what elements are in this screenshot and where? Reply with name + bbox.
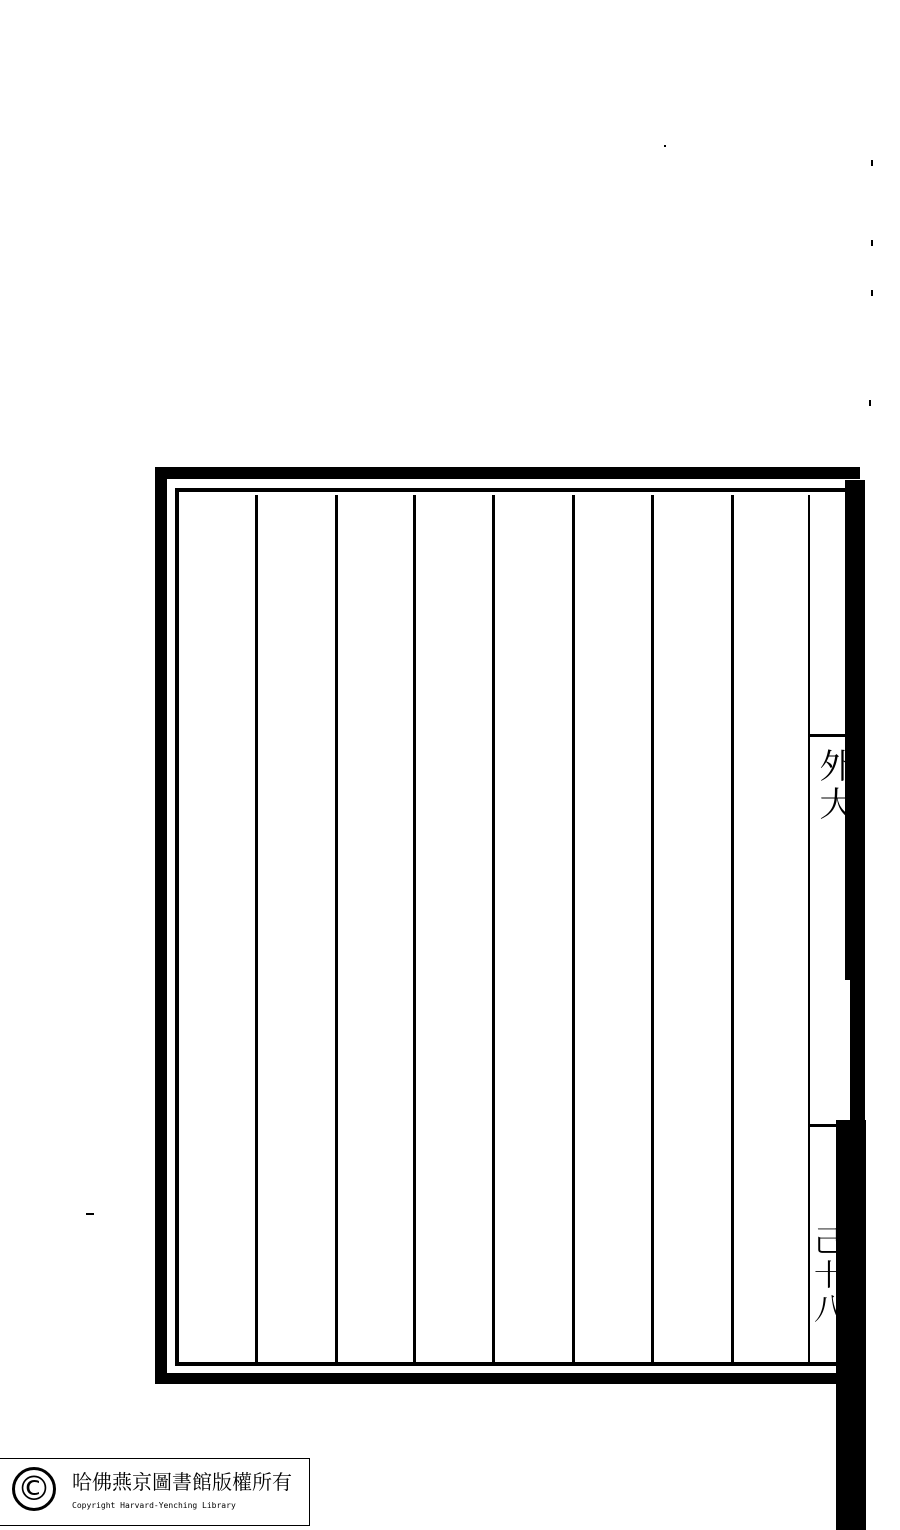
copyright-icon: © [12, 1467, 56, 1511]
column-rule [413, 495, 416, 1363]
copyright-english: Copyright Harvard-Yenching Library [72, 1501, 236, 1510]
column-rule [572, 495, 575, 1363]
frame-left-border [155, 467, 167, 1384]
scan-speck [869, 400, 871, 406]
center-divider-upper [810, 734, 848, 737]
scan-speck [871, 240, 873, 246]
copyright-chinese: 哈佛燕京圖書館版權所有 [72, 1466, 292, 1495]
inner-frame-left [175, 488, 179, 1366]
column-rule [492, 495, 495, 1363]
scanned-page: 外大 己十八 © 哈佛燕京圖書館版權所有 Copyright Harvard-Y… [0, 0, 900, 1530]
scan-speck [86, 1213, 94, 1215]
binding-spine [850, 960, 865, 1140]
scan-speck [871, 160, 873, 166]
center-column-title: 外大 [816, 748, 850, 824]
column-rule [255, 495, 258, 1363]
center-column-volume: 己十八 [810, 1225, 840, 1327]
inner-frame-top [175, 488, 847, 492]
column-rule [651, 495, 654, 1363]
column-rule [731, 495, 734, 1363]
binding-spine [845, 480, 865, 980]
scan-speck [664, 145, 666, 147]
inner-frame-bottom [175, 1362, 837, 1366]
frame-top-border [155, 467, 860, 479]
scan-speck [871, 290, 873, 296]
column-rule [335, 495, 338, 1363]
frame-bottom-border [155, 1373, 845, 1384]
